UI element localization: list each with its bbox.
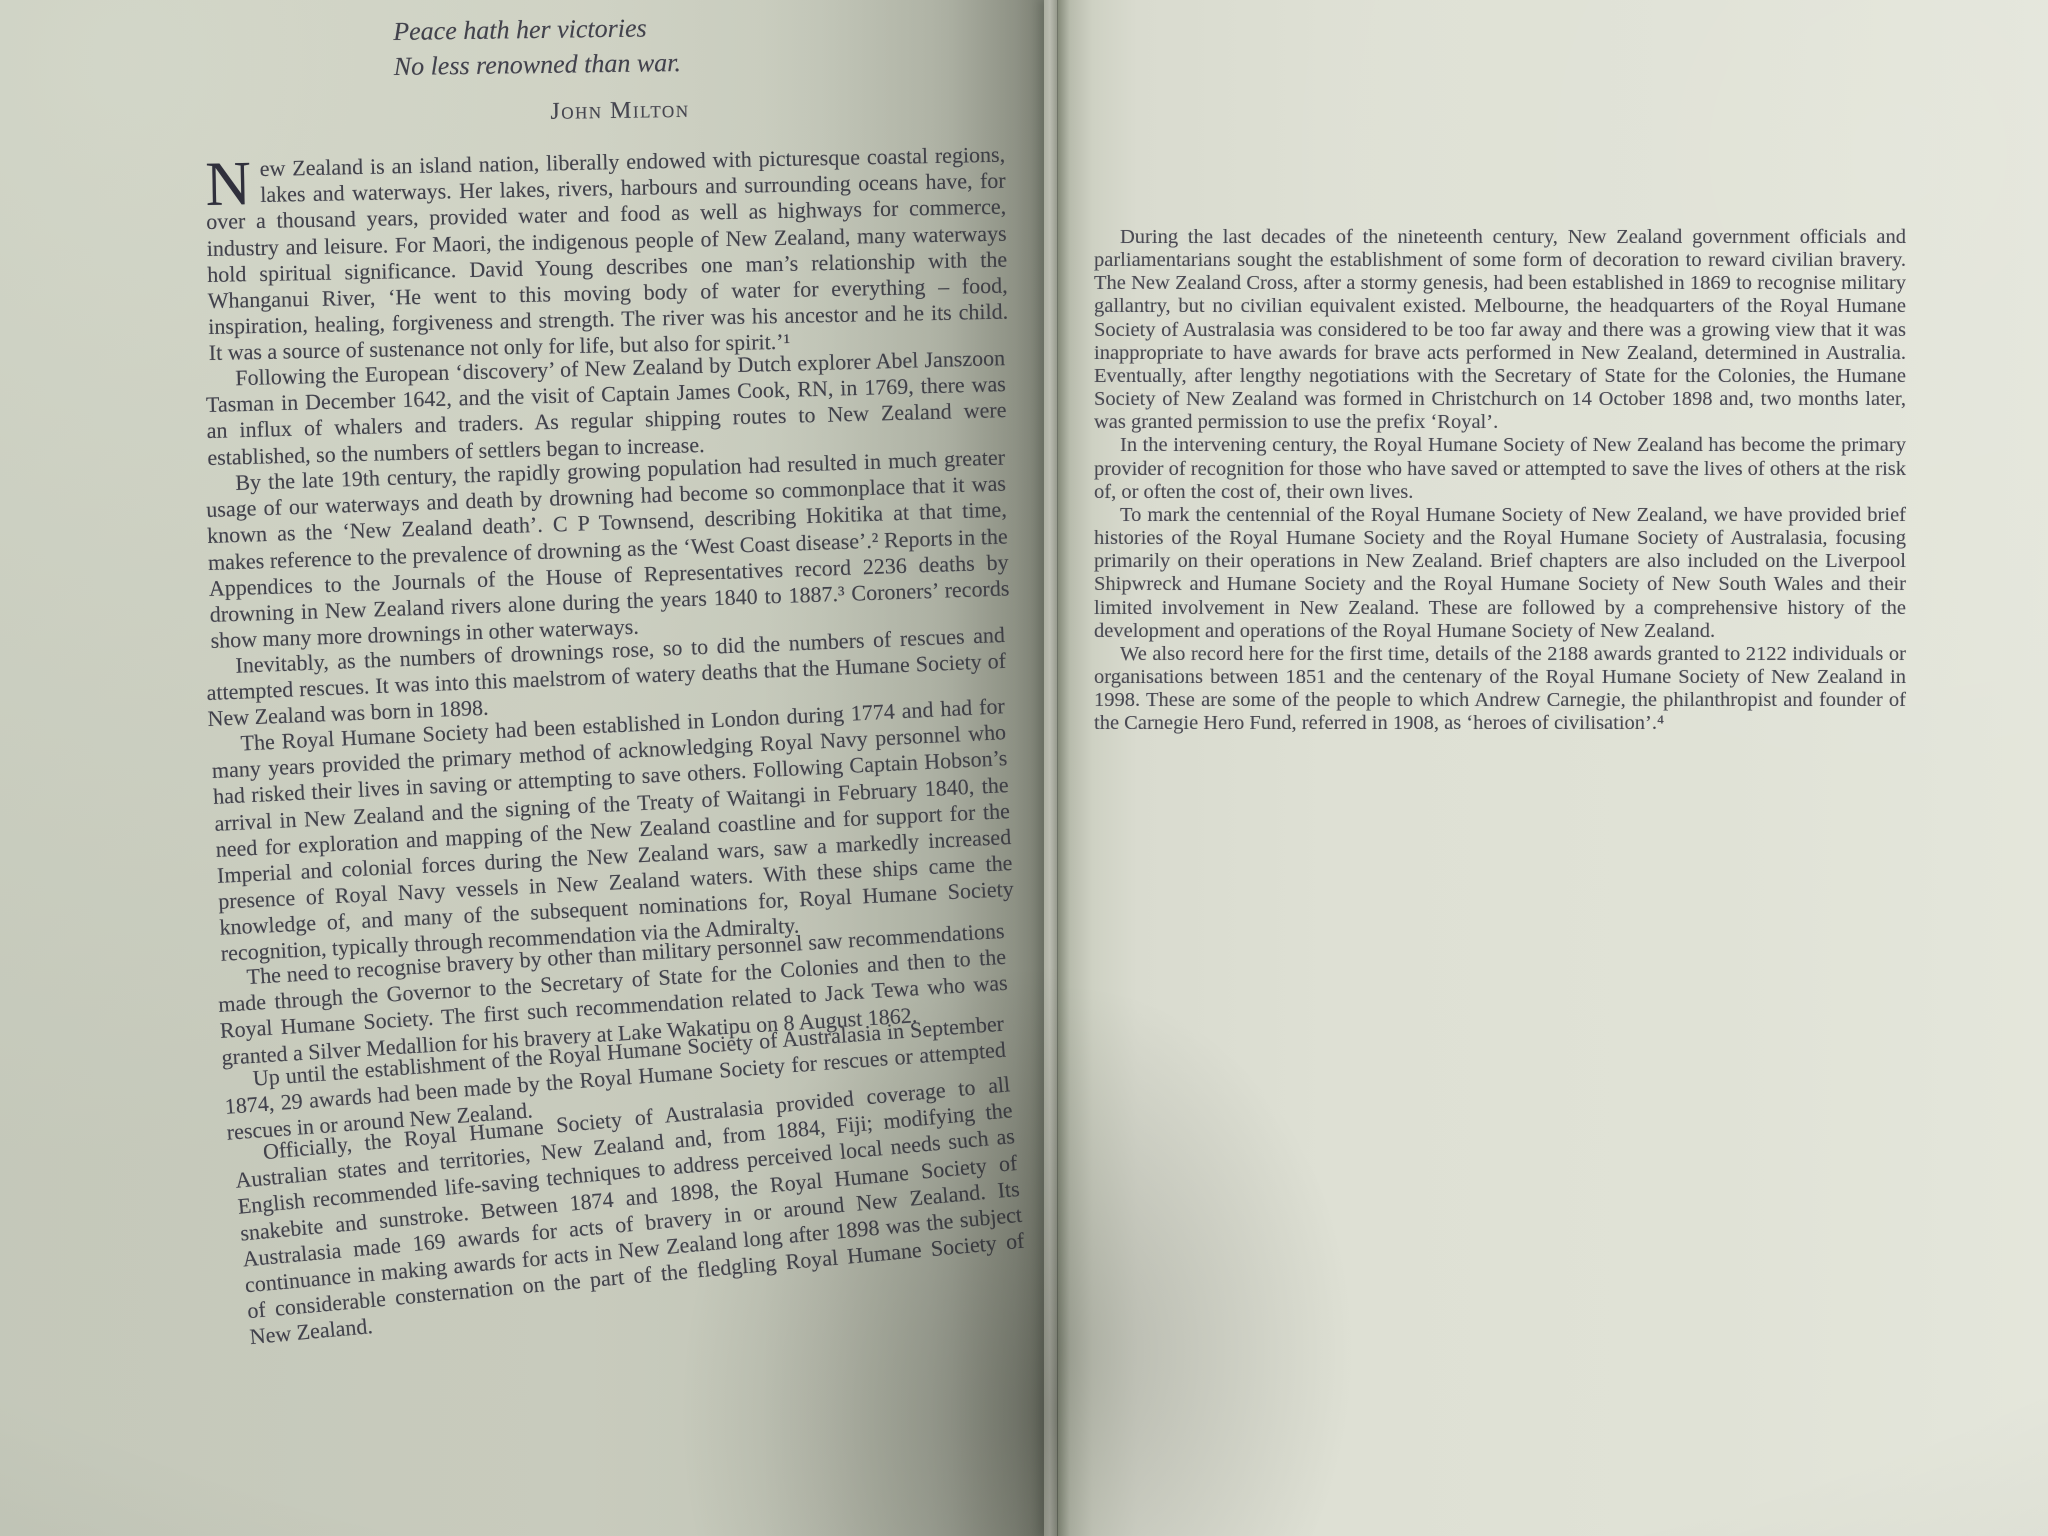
epigraph-line-2: No less renowned than war. [393, 41, 1005, 85]
left-paragraph-1: New Zealand is an island nation, liberal… [205, 141, 1009, 366]
open-book-photo: Peace hath her victories No less renowne… [0, 0, 2048, 1536]
left-page: Peace hath her victories No less renowne… [0, 0, 1058, 1536]
right-paragraph-4: We also record here for the first time, … [1094, 643, 1906, 736]
right-page: During the last decades of the nineteent… [1058, 0, 2048, 1536]
epigraph-attribution: John Milton [550, 90, 1006, 129]
left-paragraph-3: By the late 19th century, the rapidly gr… [205, 444, 1011, 654]
right-paragraph-2: In the intervening century, the Royal Hu… [1094, 434, 1906, 503]
epigraph: Peace hath her victories No less renowne… [393, 5, 1007, 130]
right-paragraph-1: During the last decades of the nineteent… [1094, 226, 1906, 434]
left-page-text-column: Peace hath her victories No less renowne… [205, 10, 1005, 1351]
right-paragraph-3: To mark the centennial of the Royal Huma… [1094, 504, 1906, 643]
drop-cap-letter: N [205, 156, 260, 208]
left-paragraph-1-text: ew Zealand is an island nation, liberall… [206, 141, 1008, 365]
page-fore-edge [1044, 0, 1057, 1536]
right-page-text-column: During the last decades of the nineteent… [1094, 226, 1906, 735]
